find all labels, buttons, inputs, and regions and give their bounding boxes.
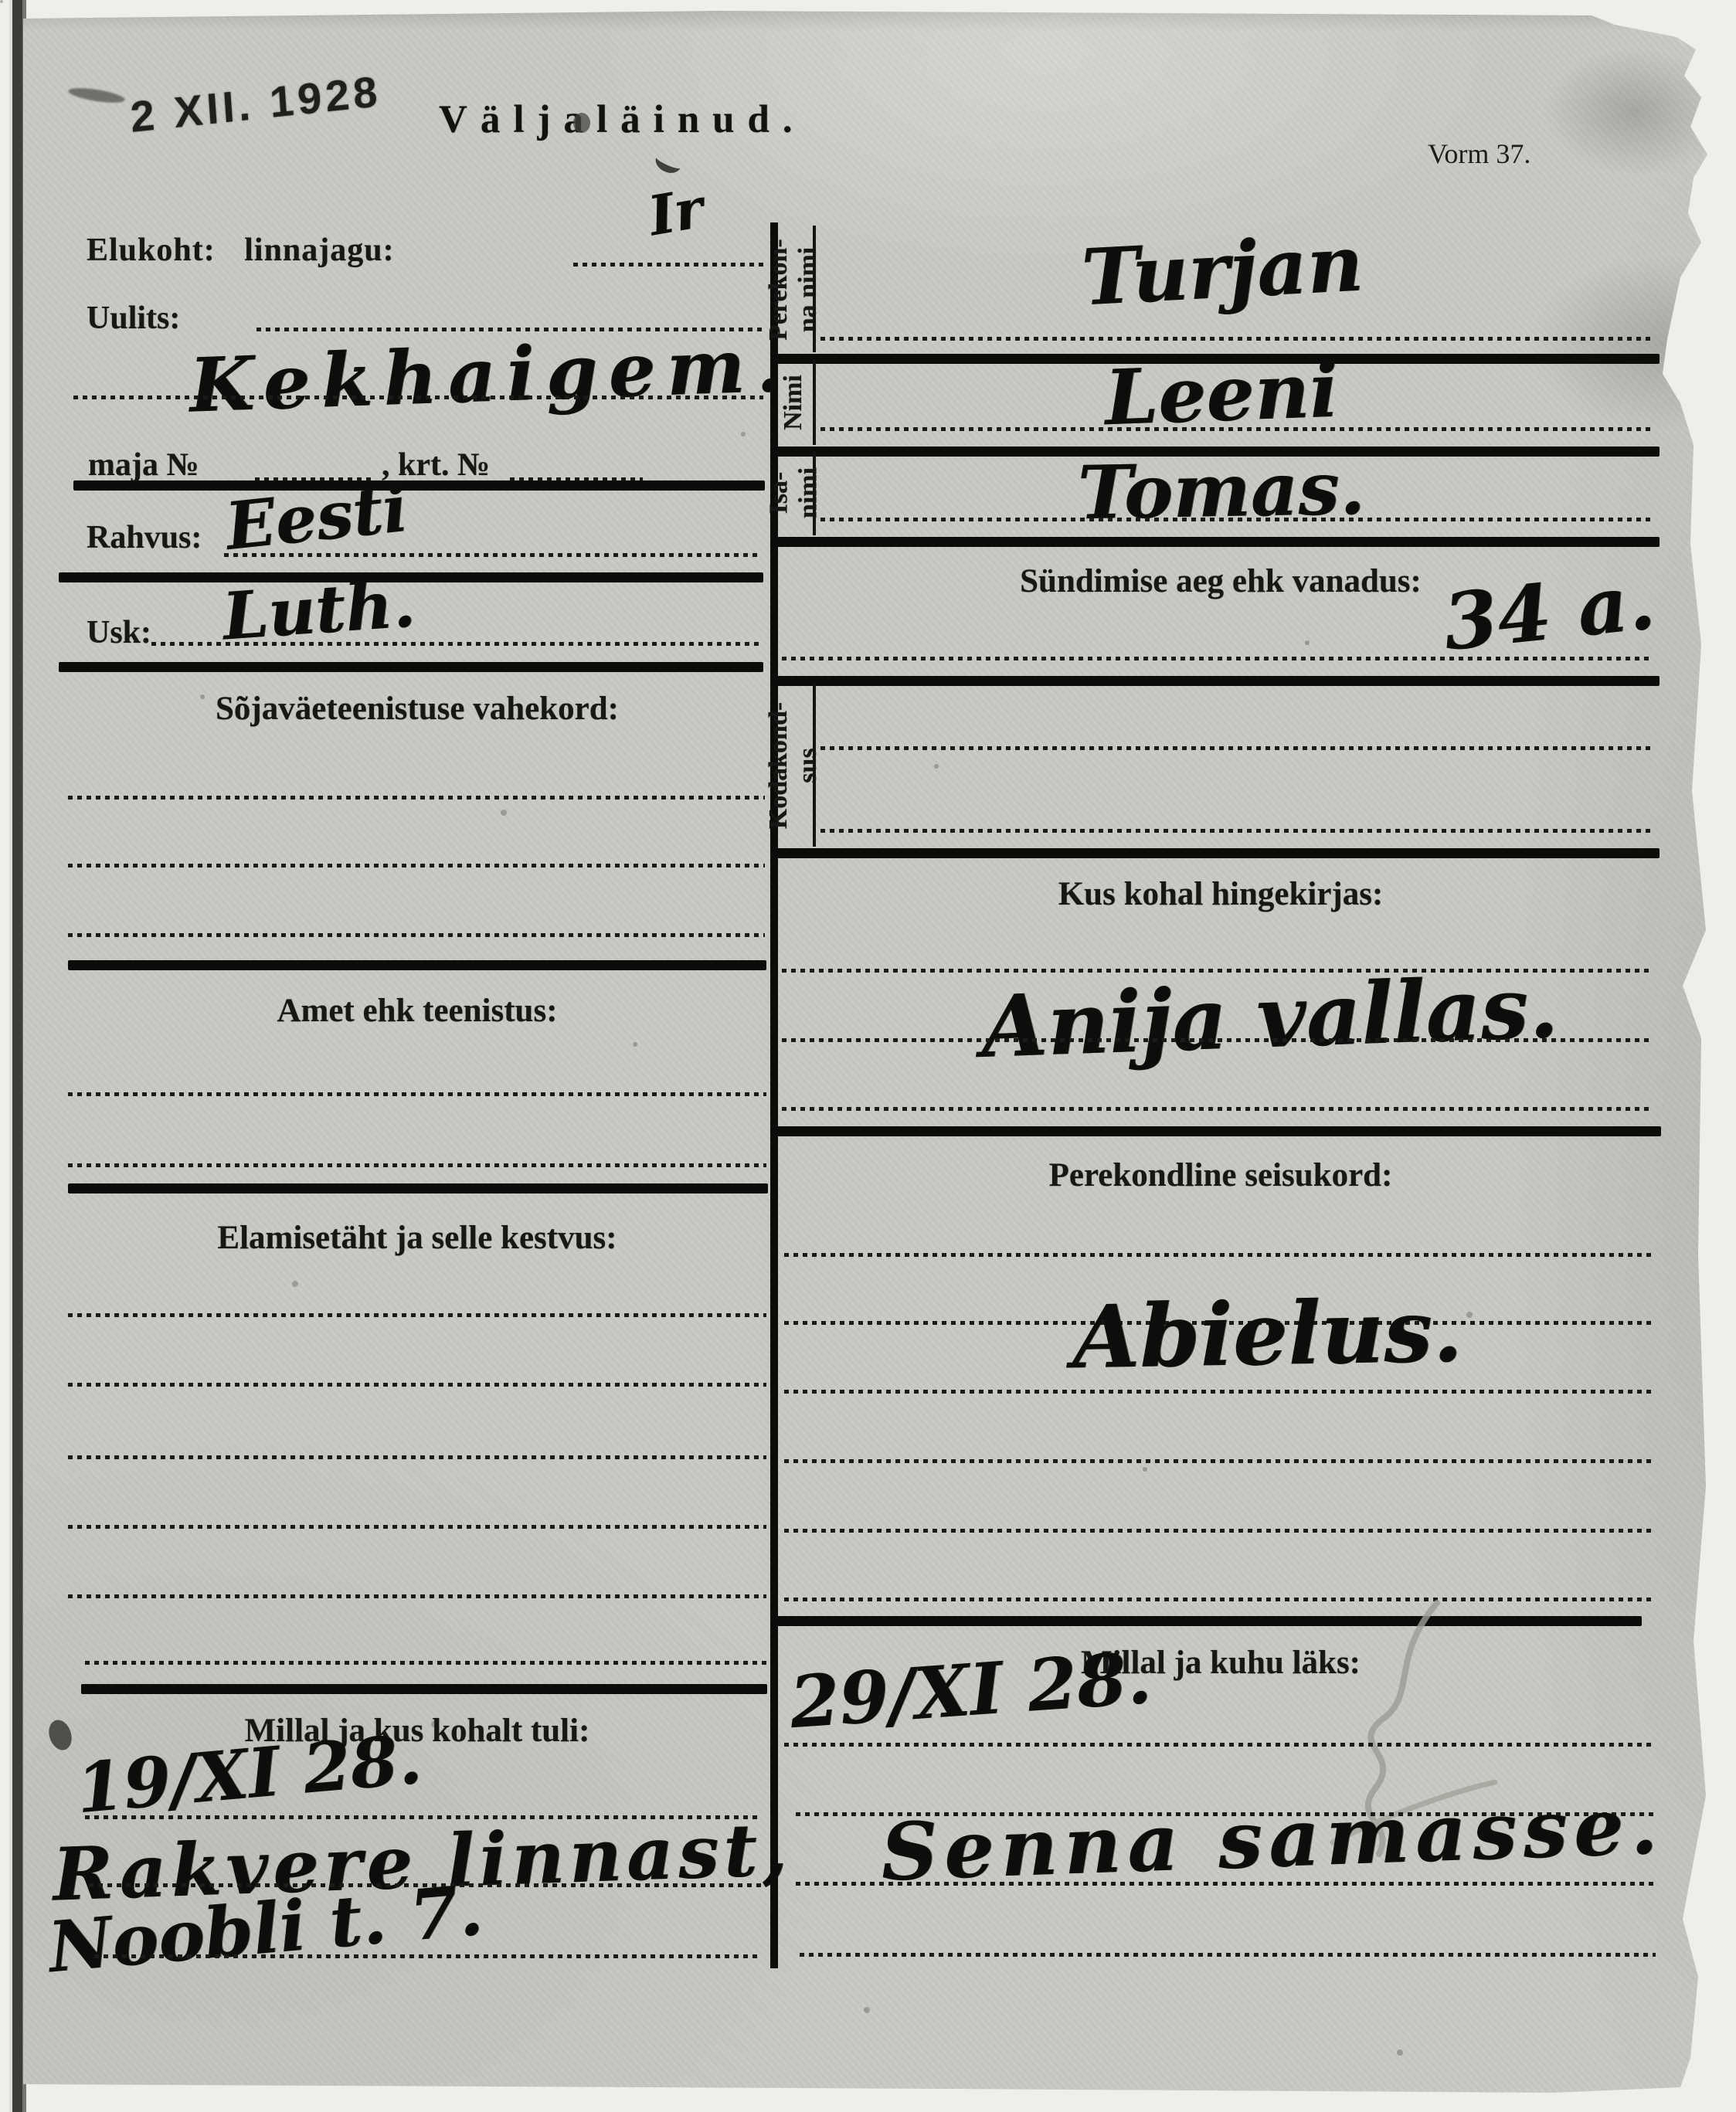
dotted-line — [68, 1525, 766, 1529]
military-service-label: Sõjaväeteenistuse vahekord: — [70, 690, 765, 728]
parish-register-label: Kus kohal hingekirjas: — [780, 875, 1661, 913]
dotted-line — [68, 1313, 766, 1317]
label-separator — [813, 360, 816, 445]
rule-thick — [68, 960, 766, 970]
street-value-handwriting: Kekhaigem. — [189, 328, 793, 423]
dotted-line — [784, 1459, 1654, 1463]
street-label: Uulits: — [87, 300, 180, 337]
rule-thick — [68, 1183, 768, 1194]
birth-value-handwriting: 34 a. — [1440, 562, 1659, 661]
marital-status-label: Perekondline seisukord: — [780, 1156, 1661, 1194]
ink-smudge — [67, 85, 125, 105]
firstname-value-handwriting: Leeni — [1103, 353, 1339, 436]
patronymic-label-line1: Isa- — [764, 472, 793, 514]
dotted-line — [94, 1954, 757, 1958]
dotted-line — [68, 1383, 766, 1387]
ink-blot — [573, 113, 590, 133]
departure-date-handwriting: 29/XI 28. — [787, 1642, 1153, 1738]
rule-thick — [773, 676, 1660, 686]
residence-permit-label: Elamisetäht ja selle kestvus: — [70, 1219, 765, 1257]
rule-thick — [773, 1126, 1661, 1136]
citizenship-label-line1: Kodakond- — [764, 702, 793, 829]
dotted-line — [68, 1594, 766, 1598]
dotted-line — [68, 933, 765, 937]
dotted-line — [782, 657, 1653, 660]
citizenship-label-line2: sus — [793, 748, 823, 783]
dotted-line — [784, 1390, 1654, 1394]
form-title: Väljaläinud. — [439, 97, 806, 142]
dotted-line — [820, 337, 1653, 341]
rule-thick — [773, 848, 1660, 858]
rule-thick — [773, 537, 1660, 547]
citizenship-label: Kodakond- sus — [773, 684, 814, 847]
occupation-label: Amet ehk teenistus: — [70, 992, 765, 1030]
residence-value-handwriting: Ir — [644, 181, 707, 243]
ink-curl — [652, 148, 684, 177]
nationality-value-handwriting: Eesti — [223, 476, 410, 559]
label-separator — [813, 226, 816, 352]
dotted-line — [784, 1529, 1654, 1533]
dotted-line — [782, 1038, 1653, 1042]
dotted-line — [151, 642, 762, 646]
dotted-line — [68, 1092, 766, 1096]
dotted-line — [782, 1107, 1653, 1111]
residence-label: Elukoht: linnajagu: — [87, 232, 395, 269]
rule-thick — [73, 480, 765, 491]
dotted-line — [820, 427, 1653, 431]
rule-thick — [59, 662, 763, 672]
dotted-line — [820, 829, 1653, 833]
dotted-line — [784, 1253, 1654, 1257]
dotted-line — [85, 1661, 766, 1665]
dotted-line — [68, 1455, 766, 1459]
surname-label-line2: na nimi — [793, 247, 823, 333]
patronymic-label-line2: nimi — [794, 467, 824, 518]
patronymic-label: Isa- nimi — [776, 451, 812, 535]
dotted-line — [68, 796, 765, 800]
label-separator — [813, 684, 816, 847]
dotted-line — [68, 864, 765, 868]
dotted-line — [73, 396, 763, 399]
religion-label: Usk: — [87, 614, 151, 651]
label-separator — [813, 451, 816, 535]
form-number: Vorm 37. — [1428, 138, 1530, 170]
marital-status-value-handwriting: Abielus. — [1072, 1289, 1463, 1382]
religion-value-handwriting: Luth. — [220, 571, 417, 649]
parish-register-value-handwriting: Anija vallas. — [980, 965, 1559, 1070]
surname-label: Perekon- na nimi — [776, 226, 811, 354]
dotted-line — [820, 518, 1653, 521]
dotted-line — [68, 1163, 766, 1167]
date-stamp: 2 XII. 1928 — [129, 66, 383, 142]
rule-thick — [81, 1684, 767, 1694]
form-content: 2 XII. 1928 Väljaläinud. Vorm 37. Elukoh… — [0, 0, 1736, 2112]
departure-place-handwriting: Senna samasse. — [880, 1786, 1665, 1892]
nationality-label: Rahvus: — [87, 519, 202, 556]
dotted-line — [784, 1743, 1654, 1747]
surname-label-line1: Perekon- — [764, 239, 793, 341]
dotted-line — [796, 1882, 1655, 1886]
surname-value-handwriting: Turjan — [1080, 225, 1365, 317]
paper-specks — [0, 0, 3, 3]
firstname-label: Nimi — [776, 360, 811, 445]
dotted-line — [820, 746, 1653, 750]
dotted-line — [224, 553, 762, 557]
dotted-line — [800, 1953, 1656, 1957]
dotted-line — [573, 263, 765, 267]
house-number-label: maja № — [88, 447, 199, 484]
